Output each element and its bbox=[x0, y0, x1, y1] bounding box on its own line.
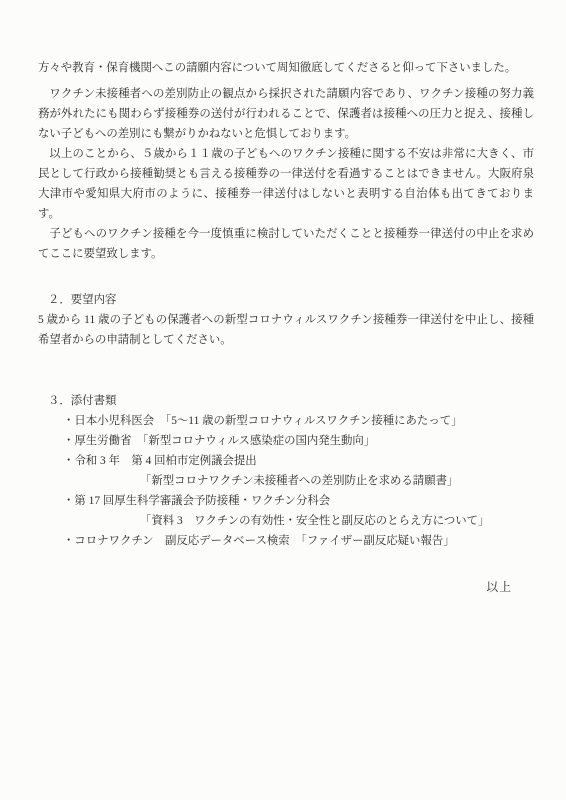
petition-intro-text: 方々や教育・保育機関へこの請願内容について周知徹底してくださると仰って下さいまし… bbox=[38, 58, 534, 264]
attachment-line: ・第 17 回厚生科学審議会予防接種・ワクチン分科会 bbox=[63, 491, 534, 511]
section2-heading: ２．要望内容 bbox=[38, 290, 534, 310]
section-request-content: ２．要望内容 5 歳から 11 歳の子どもの保護者への新型コロナウィルスワクチン… bbox=[38, 290, 534, 350]
attachment-line: ・令和 3 年 第 4 回柏市定例議会提出 bbox=[63, 451, 534, 471]
attachment-line-continuation: 「新型コロナワクチン未接種者への差別防止を求める請願書」 bbox=[63, 471, 534, 491]
section3-heading: ３．添付書類 bbox=[38, 391, 534, 411]
attachment-item-kashiwa-council: ・令和 3 年 第 4 回柏市定例議会提出 「新型コロナワクチン未接種者への差別… bbox=[63, 451, 534, 491]
paragraph-municipal-examples: 以上のことから、５歳から１１歳の子どもへのワクチン接種に関する不安は非常に大きく… bbox=[38, 144, 534, 224]
attachment-line: ・厚生労働省 「新型コロナウィルス感染症の国内発生動向」 bbox=[63, 431, 534, 451]
paragraph-continuation: 方々や教育・保育機関へこの請願内容について周知徹底してくださると仰って下さいまし… bbox=[38, 58, 534, 78]
attachment-line: ・日本小児科医会 「5～11 歳の新型コロナウィルスワクチン接種にあたって」 bbox=[63, 411, 534, 431]
attachment-line: ・コロナワクチン 副反応データベース検索 「ファイザー副反応疑い報告」 bbox=[63, 531, 534, 551]
attachment-item-science-council: ・第 17 回厚生科学審議会予防接種・ワクチン分科会 「資料 3 ワクチンの有効… bbox=[63, 491, 534, 531]
section2-body: 5 歳から 11 歳の子どもの保護者への新型コロナウィルスワクチン接種券一律送付… bbox=[38, 310, 534, 350]
paragraph-discrimination-concern: ワクチン未接種者への差別防止の観点から採択された請願内容であり、ワクチン接種の努… bbox=[38, 84, 534, 144]
attachment-line-continuation: 「資料 3 ワクチンの有効性・安全性と副反応のとらえ方について」 bbox=[63, 511, 534, 531]
attachment-item-pediatric-association: ・日本小児科医会 「5～11 歳の新型コロナウィルスワクチン接種にあたって」 bbox=[63, 411, 534, 431]
attachment-item-mhlw: ・厚生労働省 「新型コロナウィルス感染症の国内発生動向」 bbox=[63, 431, 534, 451]
closing-ijou-mark: 以上 bbox=[486, 577, 512, 597]
attachment-list: ・日本小児科医会 「5～11 歳の新型コロナウィルスワクチン接種にあたって」 ・… bbox=[38, 411, 534, 551]
paragraph-request-statement: 子どもへのワクチン接種を今一度慎重に検討していただくことと接種券一律送付の中止を… bbox=[38, 224, 534, 264]
section-attachments: ３．添付書類 ・日本小児科医会 「5～11 歳の新型コロナウィルスワクチン接種に… bbox=[38, 391, 534, 551]
attachment-item-adverse-reaction-db: ・コロナワクチン 副反応データベース検索 「ファイザー副反応疑い報告」 bbox=[63, 531, 534, 551]
petition-document-page: 方々や教育・保育機関へこの請願内容について周知徹底してくださると仰って下さいまし… bbox=[0, 0, 566, 800]
